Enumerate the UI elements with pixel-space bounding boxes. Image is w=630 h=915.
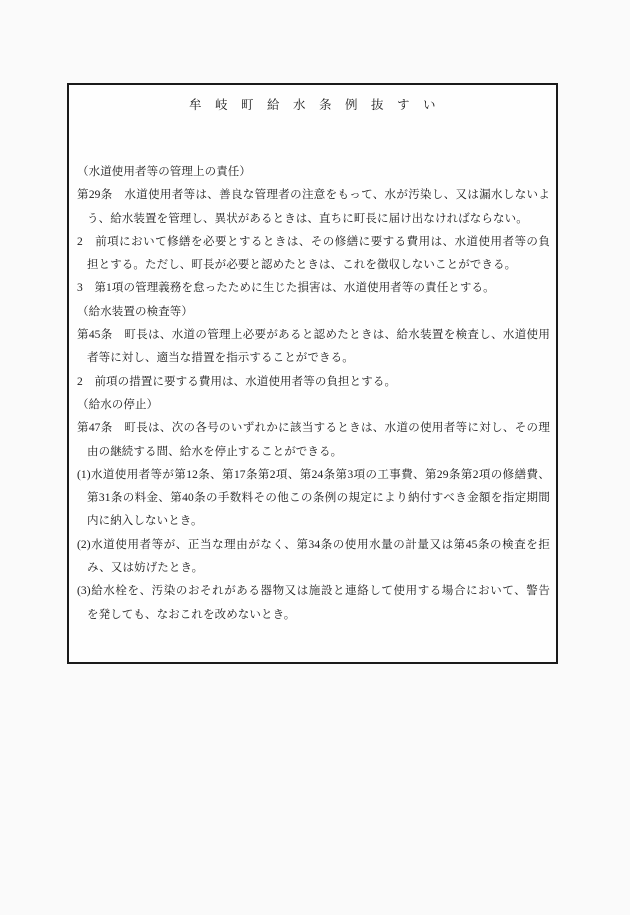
document-line: 内に納入しないとき。 (77, 510, 550, 533)
document-line: 2 前項において修繕を必要とするときは、その修繕に要する費用は、水道使用者等の負 (77, 231, 550, 254)
document-line: う、給水装置を管理し、異状があるときは、直ちに町長に届け出なければならない。 (77, 208, 550, 231)
document-line: 3 第1項の管理義務を怠ったために生じた損害は、水道使用者等の責任とする。 (77, 277, 550, 300)
document-line: 第31条の料金、第40条の手数料その他この条例の規定により納付すべき金額を指定期… (77, 487, 550, 510)
document-line: 第47条 町長は、次の各号のいずれかに該当するときは、水道の使用者等に対し、その… (77, 417, 550, 440)
document-line: 第29条 水道使用者等は、善良な管理者の注意をもって、水が汚染し、又は漏水しない… (77, 184, 550, 207)
document-line: 者等に対し、適当な措置を指示することができる。 (77, 347, 550, 370)
document-line: （水道使用者等の管理上の責任） (77, 161, 550, 184)
document-line: (3)給水栓を、汚染のおそれがある器物又は施設と連絡して使用する場合において、警… (77, 580, 550, 603)
document-body: （水道使用者等の管理上の責任）第29条 水道使用者等は、善良な管理者の注意をもっ… (77, 161, 550, 627)
page: 牟 岐 町 給 水 条 例 抜 す い （水道使用者等の管理上の責任）第29条 … (0, 0, 630, 915)
document-line: 担とする。ただし、町長が必要と認めたときは、これを徴収しないことができる。 (77, 254, 550, 277)
document-line: み、又は妨げたとき。 (77, 557, 550, 580)
document-line: (2)水道使用者等が、正当な理由がなく、第34条の使用水量の計量又は第45条の検… (77, 534, 550, 557)
document-line: 第45条 町長は、水道の管理上必要があると認めたときは、給水装置を検査し、水道使… (77, 324, 550, 347)
document-title: 牟 岐 町 給 水 条 例 抜 す い (69, 97, 556, 113)
document-line: 由の継続する間、給水を停止することができる。 (77, 441, 550, 464)
document-line: （給水の停止） (77, 394, 550, 417)
document-line: 2 前項の措置に要する費用は、水道使用者等の負担とする。 (77, 371, 550, 394)
document-line: （給水装置の検査等） (77, 301, 550, 324)
document-line: (1)水道使用者等が第12条、第17条第2項、第24条第3項の工事費、第29条第… (77, 464, 550, 487)
document-line: を発しても、なおこれを改めないとき。 (77, 604, 550, 627)
document-sheet: 牟 岐 町 給 水 条 例 抜 す い （水道使用者等の管理上の責任）第29条 … (67, 83, 558, 664)
